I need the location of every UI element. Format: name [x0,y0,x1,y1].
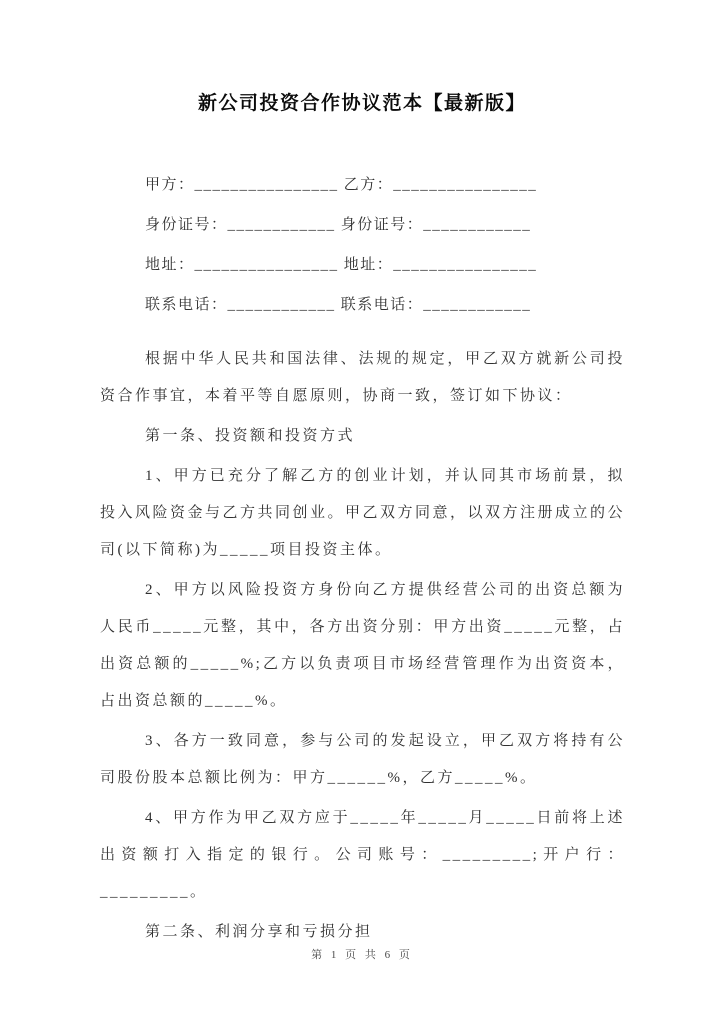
contract-clause-4: 4、甲方作为甲乙双方应于_____年_____月_____日前将上述出资额打入指… [100,800,625,911]
party-info-row-id-numbers: 身份证号：____________ 身份证号：____________ [145,205,629,245]
party-info-row-addresses: 地址：________________ 地址：________________ [145,245,629,285]
party-info-block: 甲方：________________ 乙方：________________ … [145,165,629,325]
contract-clause-2: 2、甲方以风险投资方身份向乙方提供经营公司的出资总额为人民币_____元整，其中… [100,572,625,720]
contract-preamble: 根据中华人民共和国法律、法规的规定，甲乙双方就新公司投资合作事宜，本着平等自愿原… [100,341,625,415]
party-info-row-names: 甲方：________________ 乙方：________________ [145,165,629,205]
section-heading-article-1: 第一条、投资额和投资方式 [100,418,625,455]
document-page: 新公司投资合作协议范本【最新版】 甲方：________________ 乙方：… [0,0,724,1024]
contract-clause-1: 1、甲方已充分了解乙方的创业计划，并认同其市场前景，拟投入风险资金与乙方共同创业… [100,458,625,569]
page-number-footer: 第 1 页 共 6 页 [0,946,724,962]
contract-clause-3: 3、各方一致同意，参与公司的发起设立，甲乙双方将持有公司股份股本总额比例为：甲方… [100,723,625,797]
contract-body: 根据中华人民共和国法律、法规的规定，甲乙双方就新公司投资合作事宜，本着平等自愿原… [100,341,625,951]
document-title: 新公司投资合作协议范本【最新版】 [0,0,724,115]
party-info-row-phones: 联系电话：____________ 联系电话：____________ [145,285,629,325]
